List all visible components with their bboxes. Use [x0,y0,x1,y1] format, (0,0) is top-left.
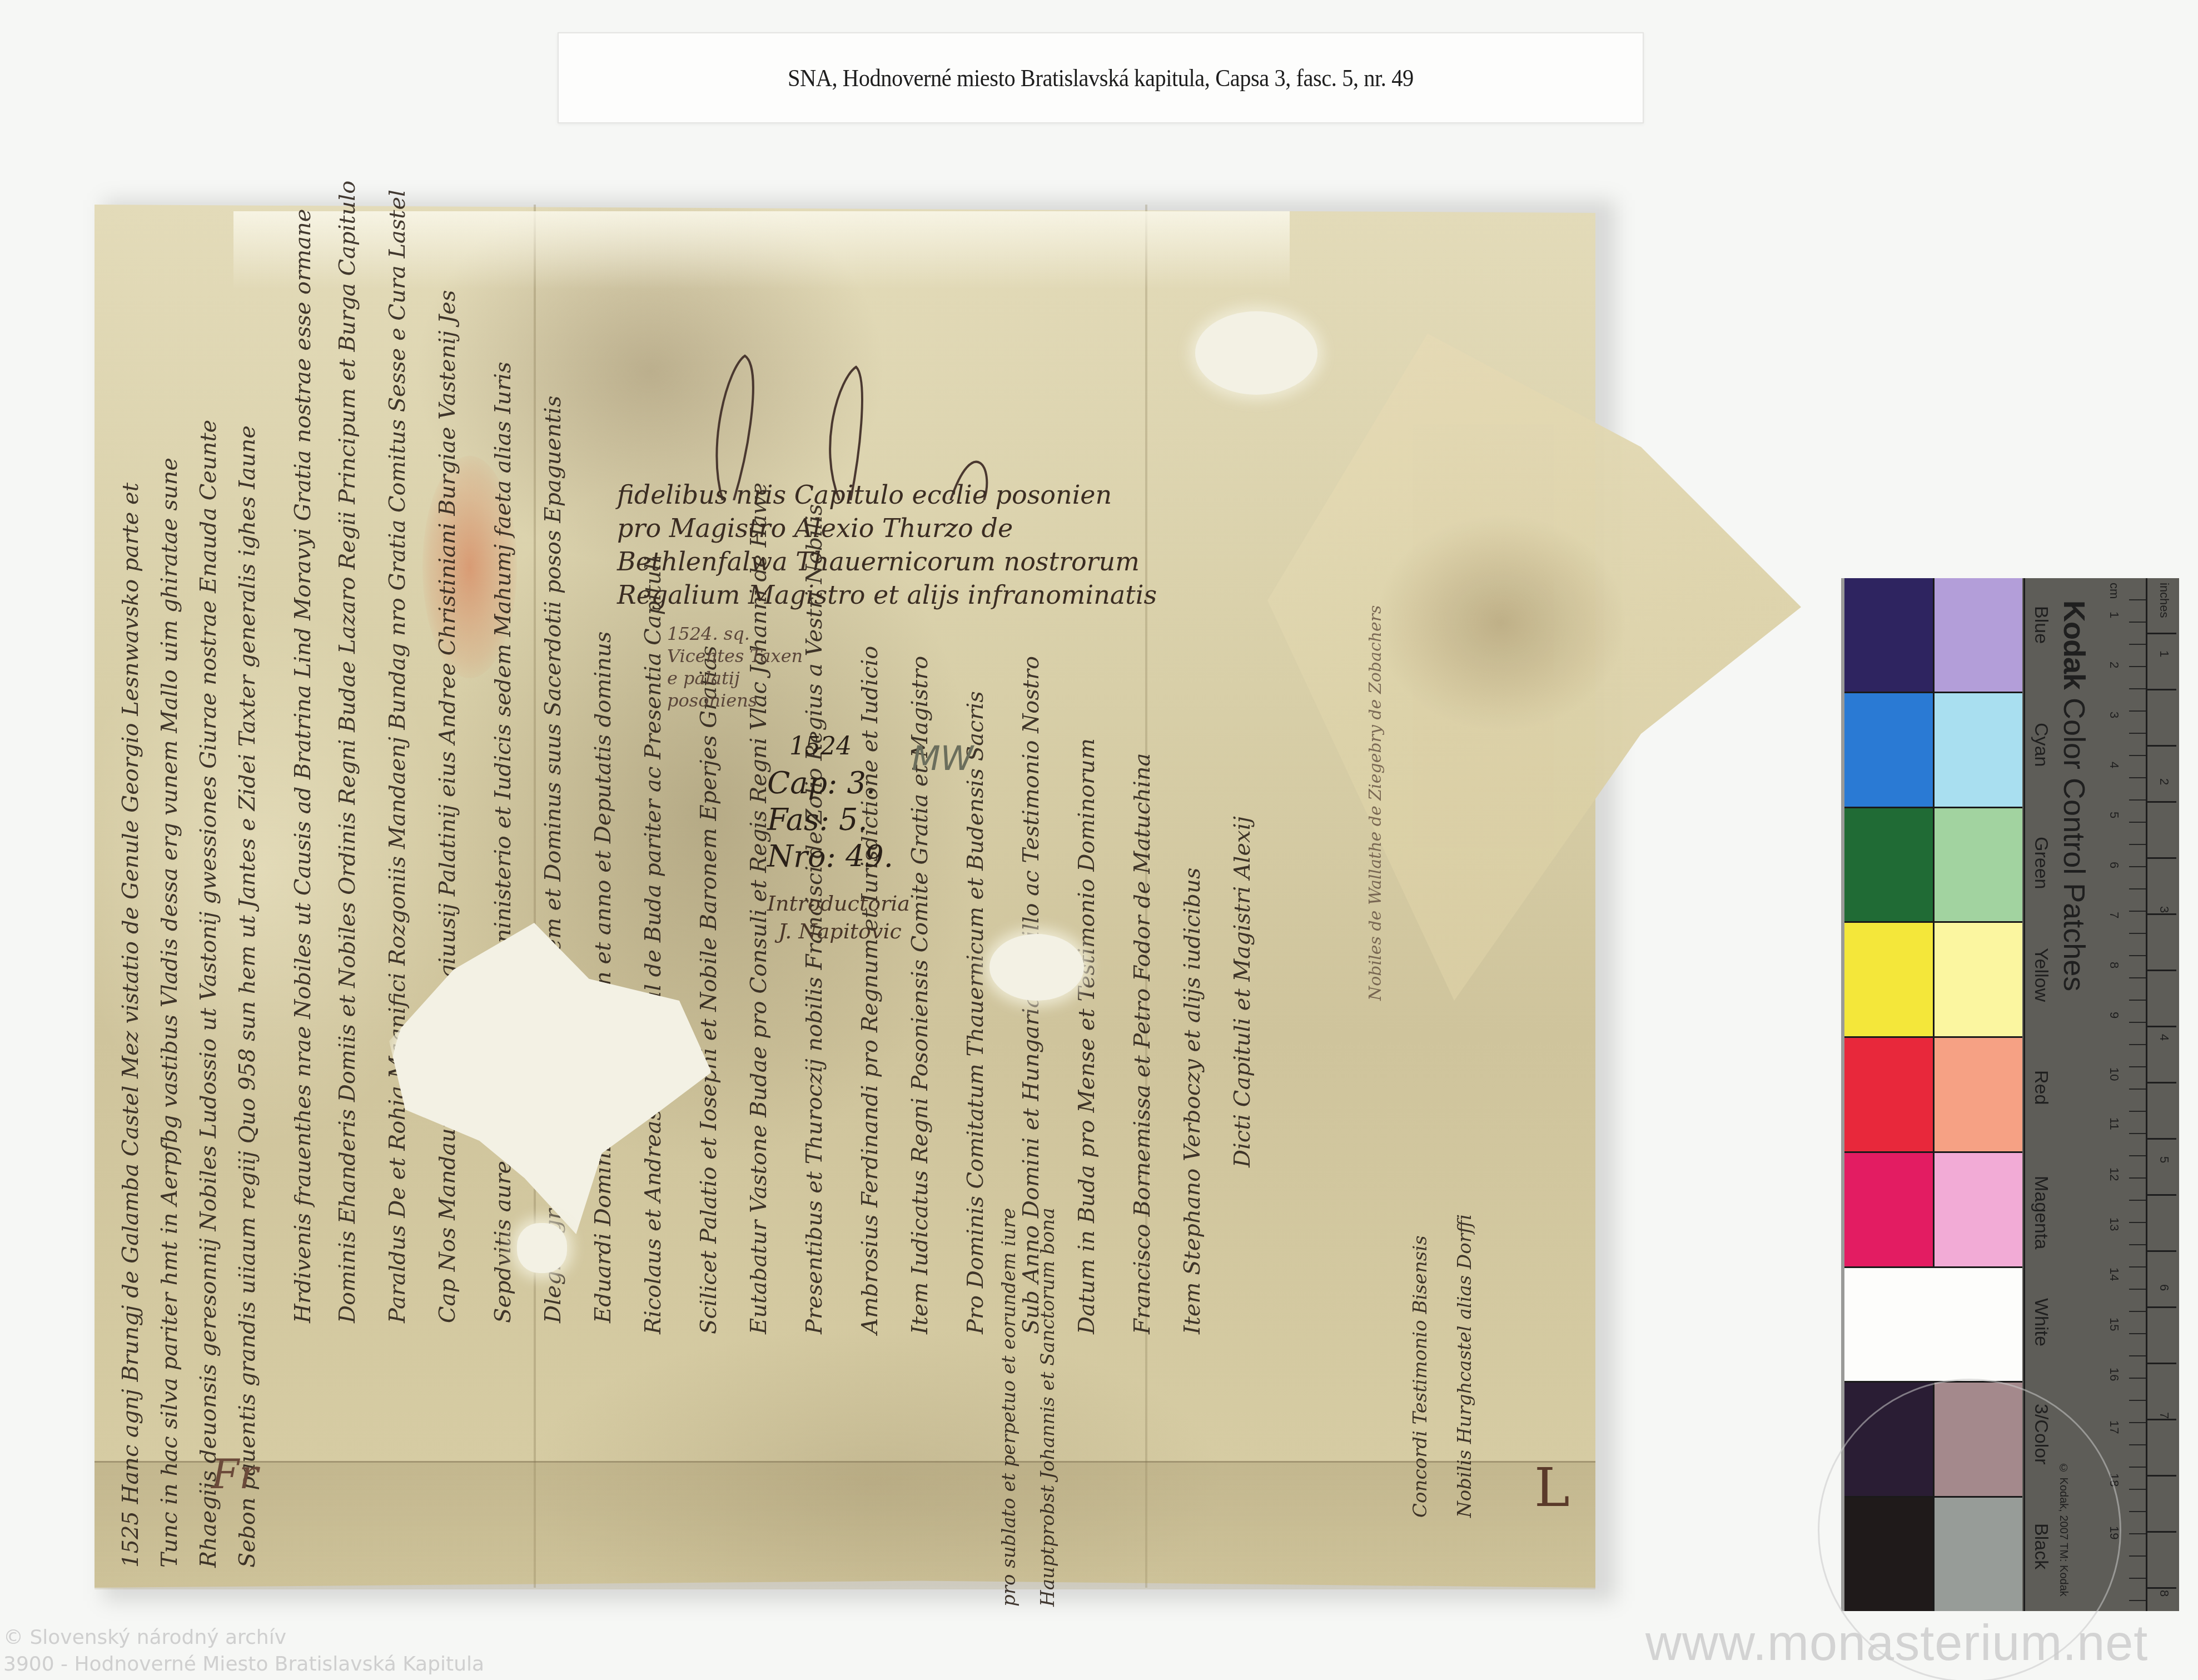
endorsement-address: fidelibus nris Capitulo ecclie posonien … [617,478,1162,612]
patch-white [1844,1268,2022,1381]
kodak-brand: Kodak [2057,600,2091,689]
patch-cyan-light [1935,693,2023,807]
kodak-title: Kodak Color Control Patches [2057,600,2091,991]
shelfmark-fasc: Fas: 5. [767,802,951,838]
script-column-bottom-right: Concordi Testimonio Bisensis [1401,1251,1440,1518]
patch-magenta-light [1935,1153,2023,1266]
watermark-line: © Slovenský národný archív [3,1624,484,1651]
patch-blue-light [1935,578,2023,692]
watermark-line: 3900 - Hodnoverné Miesto Bratislavská Ka… [3,1651,484,1678]
pencil-monogram: MW [912,739,973,778]
ruler-cm-number: 5 [2107,812,2121,818]
script-column-bottom: pro sublato et perpetuo et eorundem iure [989,1418,1028,1607]
script-column: Francisco Bornemissa et Petro Fodor de M… [1123,278,1162,1334]
ruler-cm-number: 17 [2107,1420,2121,1434]
intro-note-line: J. Napitovic [778,917,1045,945]
ruler-cm-number: 6 [2107,862,2121,868]
water-damage-spot [1195,311,1317,395]
endorsement-line: fidelibus nris Capitulo ecclie posonien [617,478,1162,511]
ruler-inch-number: 5 [2157,1156,2171,1163]
script-column: Datum in Buda pro Mense et Testimonio Do… [1067,278,1106,1334]
patch-green-light [1935,808,2023,922]
ruler-cm-number: 14 [2107,1268,2121,1281]
script-column: Sebon pauentis grandis uiiaum regiij Quo… [228,261,267,1568]
ruler-cm-number: 1 [2107,612,2121,618]
ruler-cm-number: 7 [2107,912,2121,918]
introductoria-note: Introductoria J. Napitovic [767,889,1045,945]
ruler-cm-number: 12 [2107,1167,2121,1181]
archive-note-line: 1524. sq. [667,623,834,645]
ruler-inch-number: 7 [2157,1412,2171,1419]
ruler-cm-number: 8 [2107,962,2121,968]
monasterium-watermark: www.monasterium.net [1645,1615,2148,1672]
ruler-cm-number: 15 [2107,1318,2121,1331]
script-column: Hrdivenis frauenthes nrae Nobiles ut Cau… [284,267,322,1323]
script-column: Presentibus et Thuroczij nobilis Francis… [795,945,834,1334]
patch-blue-dark [1844,578,1933,692]
script-column: Dominis Ehanderis Domiis et Nobiles Ordi… [328,267,367,1323]
label-magenta: Magenta [2030,1176,2052,1249]
label-blue: Blue [2030,606,2052,644]
label-cyan: Cyan [2030,723,2052,767]
ruler-inch-number: 6 [2157,1284,2171,1291]
script-column: Ambrosius Ferdinandi pro Regnum et Iuris… [851,945,889,1334]
script-column: Tunc in hac silva pariter hmt in Aerpfbg… [150,245,189,1568]
ruler-cm-number: 16 [2107,1368,2121,1381]
label-white: White [2030,1298,2052,1346]
ruler-inch-ticks [2146,578,2176,1611]
script-column: Cap Nos Mandaum Iurentij Regiuusij Palat… [428,267,467,1323]
endorsement-flourish-icon [639,334,1001,500]
ruler-cm-number: 13 [2107,1217,2121,1231]
endorsement-line: Regalium Magistro et alijs infranominati… [617,578,1162,612]
patch-yellow-dark [1844,923,1933,1036]
script-column: 1525 Hanc agnj Brungj de Galamba Castel … [111,233,150,1568]
patch-yellow-light [1935,923,2023,1036]
ruler-cm-label: cm [2107,583,2121,599]
bottom-fold-band [95,1461,1595,1589]
ruler-cm-number: 9 [2107,1012,2121,1018]
script-column: Ricolaus et Andreas et Sponsal de Buda p… [634,612,673,1334]
script-column: Eutabatur Vastone Budae pro Consuli et R… [739,945,778,1334]
patch-green-dark [1844,808,1933,922]
ruler-cm-number: 3 [2107,712,2121,718]
caption-label-card: SNA, Hodnoverné miesto Bratislavská kapi… [558,32,1644,123]
script-column-bottom-right: Nobilis Hurghcastel alias Dorffi [1445,1251,1484,1518]
ruler-cm-number: 4 [2107,762,2121,768]
ruler-inch-number: 3 [2157,906,2171,913]
archive-note-line: Vicentes Taxen [667,645,834,667]
archive-copyright-watermark: © Slovenský národný archív 3900 - Hodnov… [3,1624,484,1678]
patch-cyan-dark [1844,693,1933,807]
ruler-cm-number: 2 [2107,662,2121,668]
patch-red-light [1935,1038,2023,1151]
script-column: Rhaegiis deuonsis geresonnij Nobiles Lud… [189,256,228,1568]
label-red: Red [2030,1070,2052,1105]
ruler-inch-number: 1 [2157,650,2171,657]
bottom-right-mark: L [1534,1457,1570,1519]
intro-note-line: Introductoria [767,889,1045,917]
ruler-cm-number: 10 [2107,1067,2121,1081]
archive-note: 1524. sq. Vicentes Taxen e palatij poson… [667,623,834,712]
ruler-inch-number: 2 [2157,778,2171,785]
endorsement-line: pro Magistro Alexio Thurzo de [617,511,1162,545]
archive-reference-caption: SNA, Hodnoverné miesto Bratislavská kapi… [788,64,1414,92]
endorsement-line: Bethlenfalwa Thauernicorum nostrorum [617,545,1162,578]
archive-note-line: e palatij posoniens [667,667,834,712]
label-green: Green [2030,837,2052,889]
script-column: Item Stephano Verboczy et alijs iudicibu… [1173,278,1212,1334]
patch-magenta-dark [1844,1153,1933,1266]
label-yellow: Yellow [2030,948,2052,1002]
script-column: Paraldus De et Rohia Magnifici Rozgoniis… [378,267,417,1323]
bottom-left-mark: Fr [211,1451,258,1498]
ruler-cm-number: 11 [2107,1117,2121,1130]
ruler-inch-label: inches [2157,583,2171,618]
shelfmark-nr: Nro: 49. [767,838,951,875]
kodak-product-title: Color Control Patches [2057,698,2091,991]
parchment-hole-small [517,1223,567,1273]
patch-red-dark [1844,1038,1933,1151]
ruler-inch-number: 8 [2157,1590,2171,1597]
script-column: Scilicet Palatio et Iosephi et Nobile Ba… [689,612,728,1334]
script-column-bottom: Hauptprobst Johannis et Sanctorum bona [1028,1418,1067,1607]
flap-script: Nobiles de Wallathe de Ziegebry de Zobac… [1356,834,1395,1001]
ruler-inch-number: 4 [2157,1034,2171,1041]
